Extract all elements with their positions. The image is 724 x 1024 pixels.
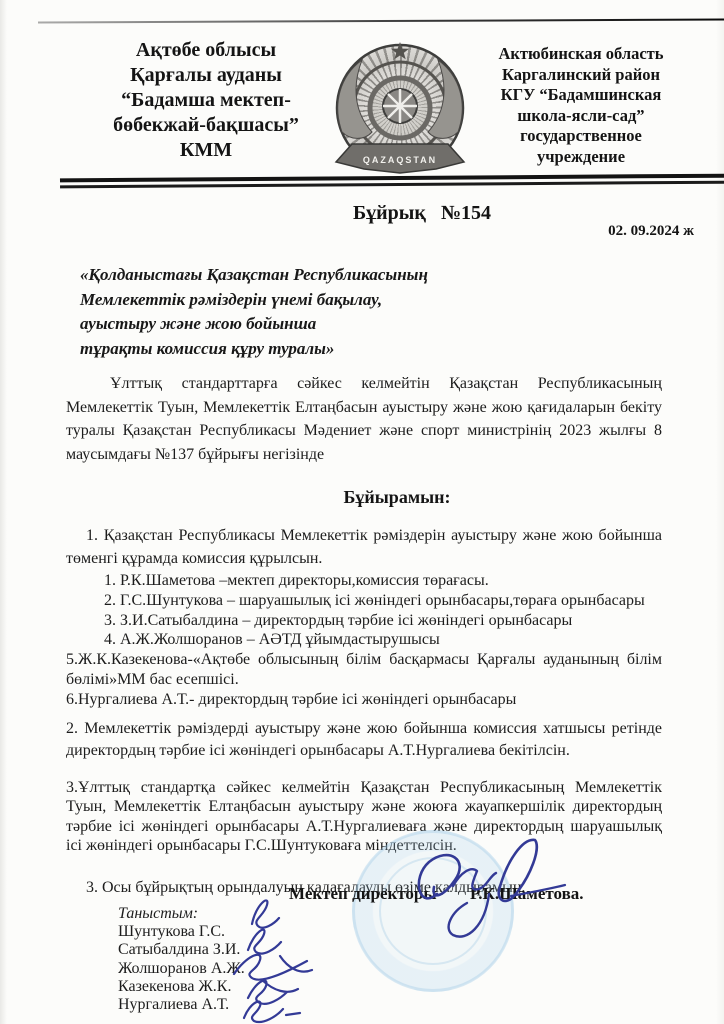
intro-paragraph: Ұлттық стандарттарға сәйкес келмейтін Қа… xyxy=(66,372,662,466)
subject-line: Мемлекеттік рәміздерін үнемі бақылау, xyxy=(80,288,428,313)
org-line: “Бадамша мектеп- xyxy=(90,88,322,113)
scan-edge-line xyxy=(38,19,724,24)
emblem-art: QAZAQSTAN xyxy=(332,40,468,186)
order-title: Бұйрық №154 xyxy=(0,202,724,225)
commission-member: 2. Г.С.Шунтукова – шаруашылық ісі жөнінд… xyxy=(66,591,662,611)
emblem-banner-text: QAZAQSTAN xyxy=(363,155,437,165)
order-date: 02. 09.2024 ж xyxy=(608,223,694,240)
org-line: Ақтөбе облысы xyxy=(90,38,322,63)
org-line: КММ xyxy=(90,138,322,163)
kazakhstan-state-emblem: QAZAQSTAN xyxy=(332,40,468,188)
subject-line: «Қолданыстағы Қазақстан Республикасының xyxy=(80,263,428,288)
org-line: КГУ “Бадамшинская xyxy=(464,85,698,106)
order-body: Ұлттық стандарттарға сәйкес келмейтін Қа… xyxy=(66,372,662,899)
scanned-order-document: Ақтөбе облысы Қарғалы ауданы “Бадамша ме… xyxy=(0,0,724,1024)
commission-member: 6.Нургалиева А.Т.- директордың тәрбие іс… xyxy=(66,690,662,710)
subject-line: тұрақты комиссия құру туралы» xyxy=(80,337,428,362)
org-line: Актюбинская область xyxy=(464,44,698,65)
commission-member: 1. Р.К.Шаметова –мектеп директоры,комисс… xyxy=(66,571,662,591)
director-signature xyxy=(393,832,573,950)
org-line: Қарғалы ауданы xyxy=(90,63,322,88)
org-line: школа-ясли-сад” xyxy=(464,106,698,127)
acknowledgement-signatures xyxy=(222,894,340,1024)
order-subject: «Қолданыстағы Қазақстан Республикасының … xyxy=(80,263,428,361)
org-name-russian: Актюбинская область Каргалинский район К… xyxy=(464,44,698,167)
resolution-heading: Бұйырамын: xyxy=(66,487,662,508)
org-line: Каргалинский район xyxy=(464,65,698,86)
subject-line: ауыстыру және жою бойынша xyxy=(80,312,428,337)
org-line: государственное xyxy=(464,126,698,147)
org-line: бөбекжай-бақшасы” xyxy=(90,113,322,138)
org-line: учреждение xyxy=(464,147,698,168)
commission-member: 3. З.И.Сатыбалдина – директордың тәрбие … xyxy=(66,611,662,631)
org-name-kazakh: Ақтөбе облысы Қарғалы ауданы “Бадамша ме… xyxy=(90,38,322,163)
commission-member: 4. А.Ж.Жолшоранов – АӘТД ұйымдастырушысы xyxy=(66,630,662,650)
commission-member: 5.Ж.К.Казекенова-«Ақтөбе облысының білім… xyxy=(66,650,662,690)
clause-1: 1. Қазақстан Республикасы Мемлекеттік рә… xyxy=(66,525,662,570)
commission-list: 1. Р.К.Шаметова –мектеп директоры,комисс… xyxy=(66,571,662,710)
clause-2: 2. Мемлекеттік рәміздерді ауыстыру және … xyxy=(66,718,662,763)
